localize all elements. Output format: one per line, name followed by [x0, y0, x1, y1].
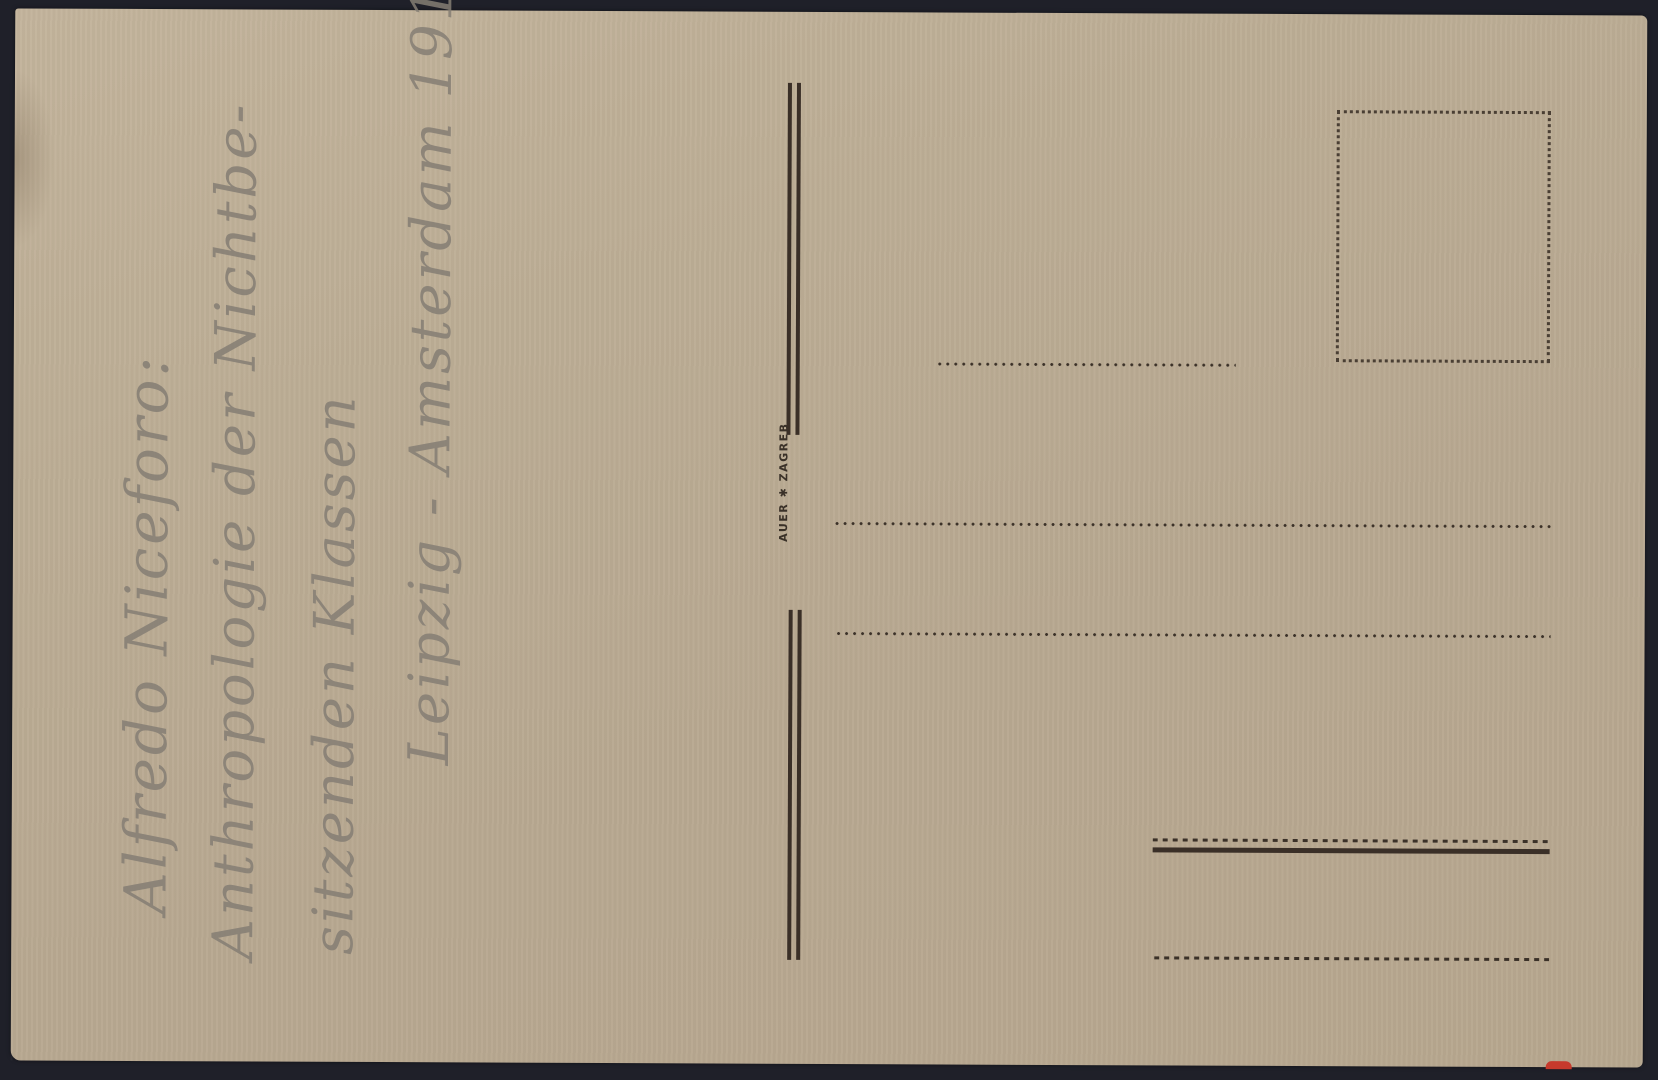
stamp-placeholder-box [1336, 110, 1551, 363]
divider-upper-left [786, 83, 792, 435]
publisher-imprint: AUER ✱ ZAGREB [777, 422, 791, 541]
divider-lower-left [787, 610, 793, 960]
handwritten-line-title-1: Anthropologie der Nichtbe- [201, 102, 270, 960]
handwritten-line-title-2: sitzenden Klassen [301, 393, 368, 955]
address-line-1 [936, 362, 1236, 366]
handwritten-line-author: Alfredo Niceforo: [111, 354, 181, 914]
address-line-4-dashed [1153, 838, 1550, 843]
address-line-5 [1154, 956, 1549, 961]
address-line-3 [835, 632, 1551, 638]
address-line-4-solid [1153, 847, 1550, 854]
divider-upper-right [795, 83, 801, 435]
address-line-2 [833, 522, 1551, 528]
red-mark [1546, 1061, 1572, 1069]
handwritten-line-publication: Leipzig - Amsterdam 1910 [397, 0, 466, 765]
divider-lower-right [796, 610, 802, 960]
postcard-back: Alfredo Niceforo: Anthropologie der Nich… [11, 8, 1648, 1067]
edge-stain [14, 68, 55, 248]
